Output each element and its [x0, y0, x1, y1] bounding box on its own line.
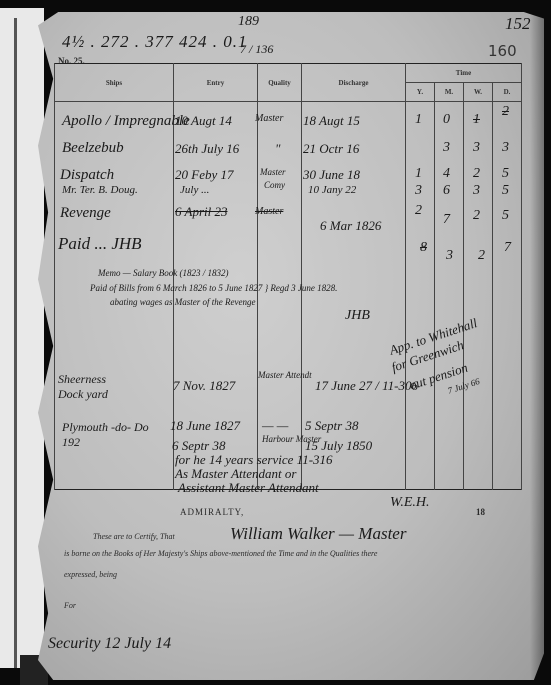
header-weeks: W. — [464, 83, 493, 102]
header-ships: Ships — [55, 64, 174, 102]
service-record-table: Ships Entry Quality Discharge Time Y. M.… — [54, 63, 522, 490]
binder-line — [14, 18, 17, 668]
header-months: M. — [435, 83, 464, 102]
header-time: Time — [406, 64, 522, 83]
header-days: D. — [493, 83, 522, 102]
header-years: Y. — [406, 83, 435, 102]
page-shadow — [530, 12, 544, 680]
binder-strip — [0, 8, 44, 668]
header-discharge: Discharge — [302, 64, 406, 102]
header-quality: Quality — [258, 64, 302, 102]
header-entry: Entry — [174, 64, 258, 102]
